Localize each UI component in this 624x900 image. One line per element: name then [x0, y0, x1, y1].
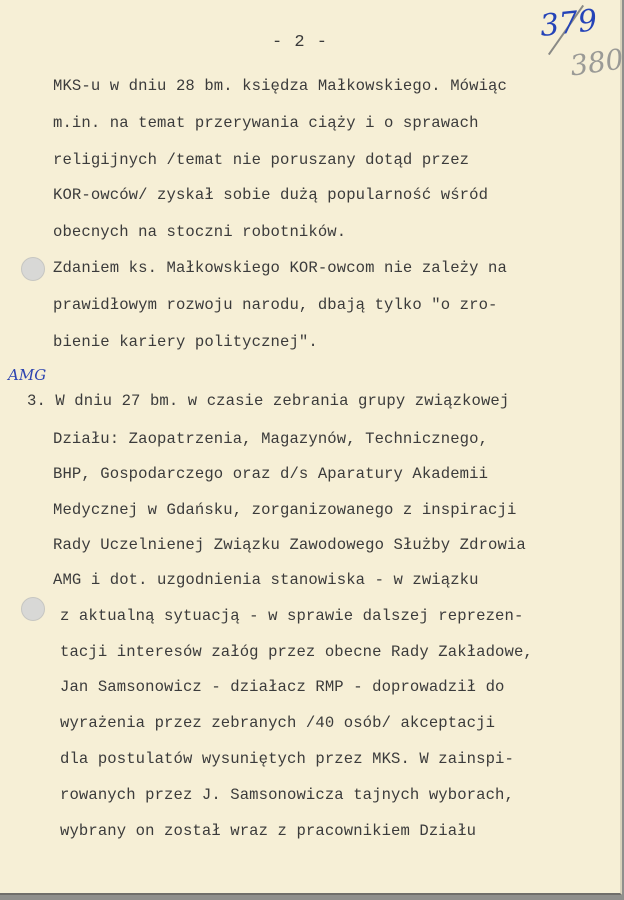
text-line: BHP, Gospodarczego oraz d/s Aparatury Ak…	[53, 465, 488, 483]
text-line: rowanych przez J. Samsonowicza tajnych w…	[60, 786, 514, 804]
text-line: MKS-u w dniu 28 bm. księdza Małkowskiego…	[53, 77, 507, 95]
text-line: 3. W dniu 27 bm. w czasie zebrania grupy…	[27, 392, 509, 410]
text-line: Rady Uczelnienej Związku Zawodowego Służ…	[53, 536, 526, 554]
page-number: - 2 -	[272, 33, 328, 52]
text-line: Jan Samsonowicz - działacz RMP - doprowa…	[60, 678, 505, 696]
text-line: wybrany on został wraz z pracownikiem Dz…	[60, 822, 476, 840]
text-line: z aktualną sytuacją - w sprawie dalszej …	[60, 607, 523, 625]
text-line: religijnych /temat nie poruszany dotąd p…	[53, 151, 469, 169]
text-line: prawidłowym rozwoju narodu, dbają tylko …	[53, 296, 498, 314]
punch-hole-bottom	[21, 597, 45, 621]
text-line: AMG i dot. uzgodnienia stanowiska - w zw…	[53, 571, 479, 589]
archive-number-blue: 379	[538, 3, 599, 44]
text-line: wyrażenia przez zebranych /40 osób/ akce…	[60, 714, 495, 732]
text-line: dla postulatów wysuniętych przez MKS. W …	[60, 750, 514, 768]
text-line: tacji interesów załóg przez obecne Rady …	[60, 643, 533, 661]
text-line: Zdaniem ks. Małkowskiego KOR-owcom nie z…	[53, 259, 507, 277]
text-line: bienie kariery politycznej".	[53, 333, 318, 351]
text-line: m.in. na temat przerywania ciąży i o spr…	[53, 114, 479, 132]
document-page: 379 380 AMG - 2 - MKS-u w dniu 28 bm. ks…	[0, 0, 622, 895]
margin-note: AMG	[8, 366, 46, 384]
punch-hole-top	[21, 257, 45, 281]
archive-number-grey: 380	[568, 42, 624, 82]
text-line: Działu: Zaopatrzenia, Magazynów, Technic…	[53, 430, 488, 448]
text-line: Medycznej w Gdańsku, zorganizowanego z i…	[53, 501, 516, 519]
text-line: KOR-owców/ zyskał sobie dużą popularność…	[53, 186, 488, 204]
text-line: obecnych na stoczni robotników.	[53, 223, 346, 241]
